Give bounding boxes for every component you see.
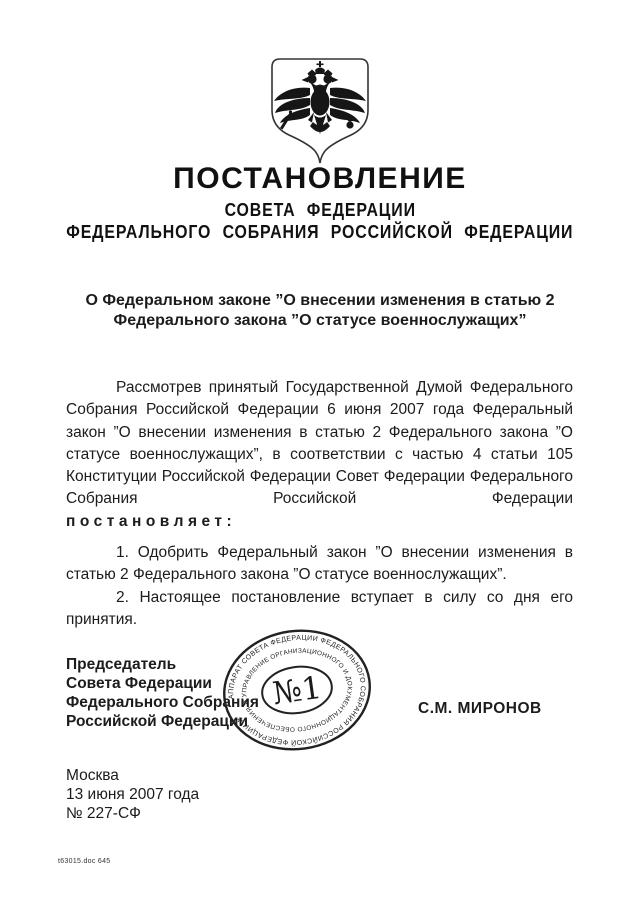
issued-city: Москва (66, 766, 199, 785)
subject-line-1: О Федеральном законе ”О внесении изменен… (0, 291, 640, 311)
decree-document-page: ПОСТАНОВЛЕНИЕ СОВЕТА ФЕДЕРАЦИИ ФЕДЕРАЛЬН… (0, 0, 640, 900)
issued-number: № 227-СФ (66, 804, 199, 823)
footer-file-note: t63015.doc 645 (58, 858, 110, 865)
document-subject: О Федеральном законе ”О внесении изменен… (0, 291, 640, 331)
resolution-item-1: 1. Одобрить Федеральный закон ”О внесени… (66, 542, 573, 587)
preamble-paragraph: Рассмотрев принятый Государственной Думо… (66, 377, 573, 511)
resolution-item-2: 2. Настоящее постановление вступает в си… (66, 587, 573, 632)
double-headed-eagle (274, 61, 366, 134)
org-name-line-2: ФЕДЕРАЛЬНОГО СОБРАНИЯ РОССИЙСКОЙ ФЕДЕРАЦ… (0, 221, 640, 243)
org-name-line-1-text: СОВЕТА ФЕДЕРАЦИИ (224, 199, 415, 221)
issued-block: Москва 13 июня 2007 года № 227-СФ (66, 766, 199, 823)
resolves-word: постановляет: (66, 511, 573, 533)
signer-name: С.М. МИРОНОВ (418, 700, 542, 718)
official-round-stamp: АППАРАТ СОВЕТА ФЕДЕРАЦИИ ФЕДЕРАЛЬНОГО СО… (219, 627, 375, 753)
org-name-line-1: СОВЕТА ФЕДЕРАЦИИ (0, 199, 640, 221)
document-body: Рассмотрев принятый Государственной Думо… (66, 377, 573, 631)
stamp-center-number: №1 (270, 670, 324, 712)
org-name-line-2-text: ФЕДЕРАЛЬНОГО СОБРАНИЯ РОССИЙСКОЙ ФЕДЕРАЦ… (66, 221, 573, 243)
subject-line-2: Федерального закона ”О статусе военнослу… (0, 311, 640, 331)
issued-date: 13 июня 2007 года (66, 785, 199, 804)
document-type-title: ПОСТАНОВЛЕНИЕ (0, 162, 640, 196)
russian-coat-of-arms-emblem (266, 54, 374, 168)
